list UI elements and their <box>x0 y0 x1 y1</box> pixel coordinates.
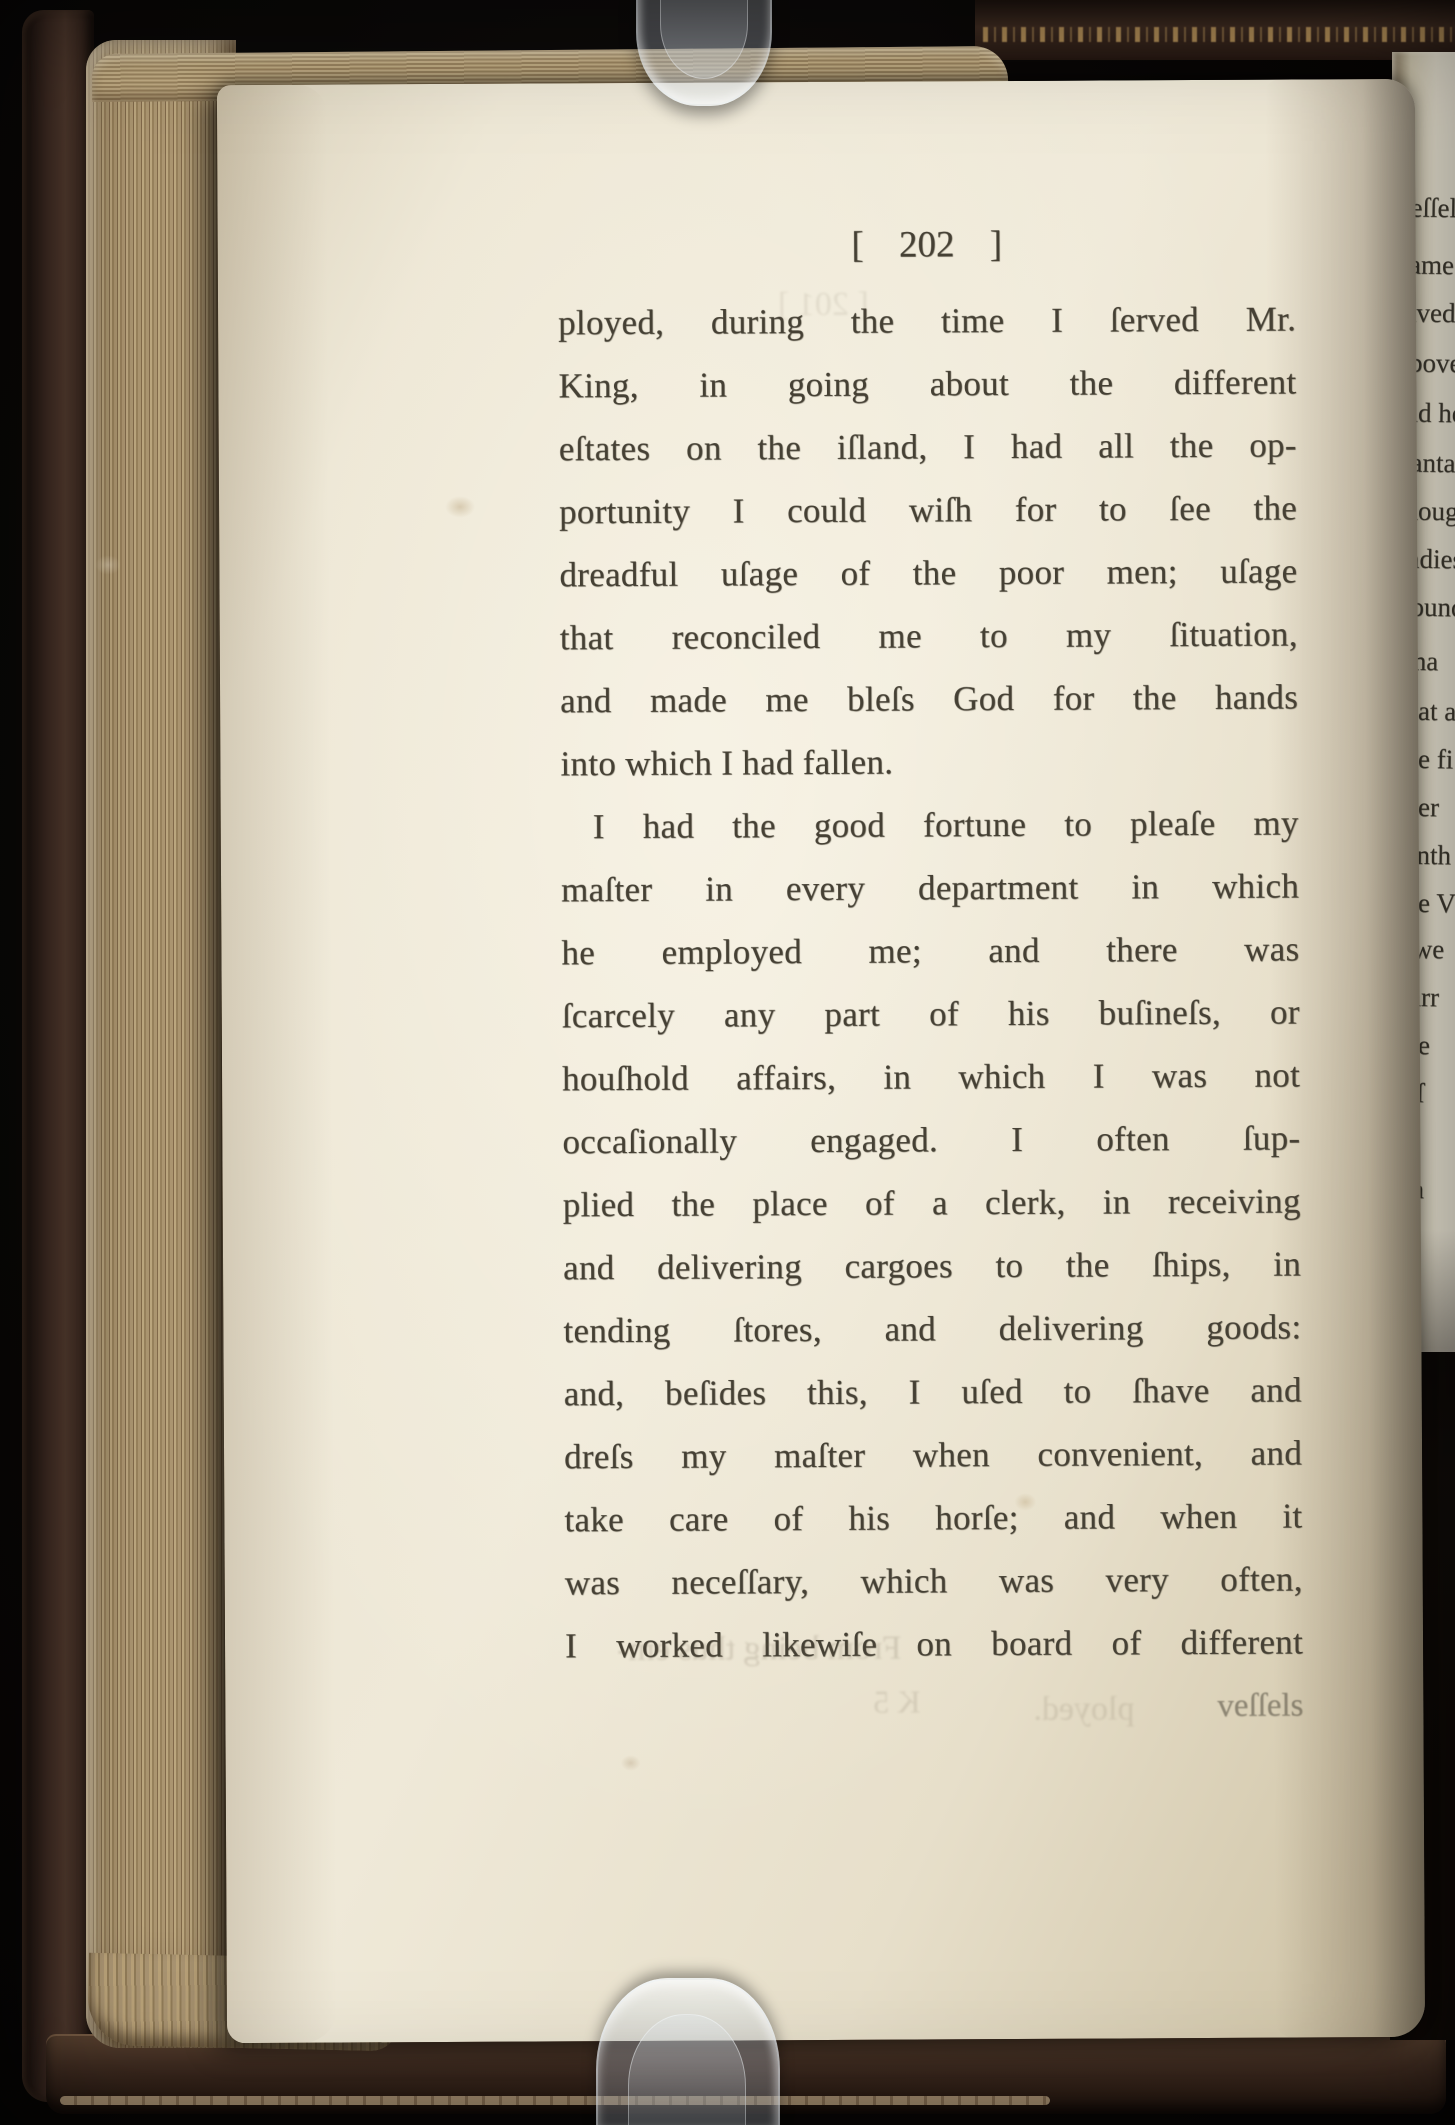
text-line: King, in going about the different <box>558 351 1296 418</box>
text-line: and made me bleſs God for the hands <box>560 665 1298 732</box>
text-line: was neceſſary, which was very often, <box>565 1547 1303 1614</box>
page-number: [ 202 ] <box>558 222 1296 280</box>
bleedthrough-text: K 5 <box>873 1683 920 1720</box>
gold-tooling-band <box>983 27 1455 42</box>
bleedthrough-text: From being thus em- <box>617 1630 901 1669</box>
text-line: plied the place of a clerk, in receiving <box>563 1169 1301 1236</box>
text-line: maſter in every department in which <box>561 854 1299 921</box>
cover-stitching <box>60 2096 1050 2105</box>
bleedthrough-text: [ 201 ] <box>778 286 869 324</box>
page-fore-edges <box>86 40 236 2048</box>
text-line: that reconciled me to my ſituation, <box>560 602 1298 669</box>
text-line: ſcarcely any part of his buſineſs, or <box>562 980 1300 1047</box>
text-line: eſtates on the iſland, I had all the op- <box>559 414 1297 481</box>
text-line: take care of his horſe; and when it <box>564 1484 1302 1551</box>
text-line: and, beſides this, I uſed to ſhave and <box>564 1358 1302 1425</box>
text-line: and delivering cargoes to the ſhips, in <box>563 1232 1301 1299</box>
text-line: houſhold affairs, in which I was not <box>562 1043 1300 1110</box>
left-page: [ 202 ] ployed, during the time I ſerved… <box>217 79 1425 2043</box>
text-line: into which I had fallen. <box>560 728 1298 795</box>
paper-stain <box>445 496 475 518</box>
text-line: he employed me; and there was <box>561 917 1299 984</box>
text-line: ployed, during the time I ſerved Mr. <box>558 288 1296 355</box>
text-line: occaſionally engaged. I often ſup- <box>562 1106 1300 1173</box>
text-line: dreſs my maſter when convenient, and <box>564 1421 1302 1488</box>
text-line: I had the good fortune to pleaſe my <box>561 791 1299 858</box>
text-line: dreadful uſage of the poor men; uſage <box>559 539 1297 606</box>
open-book-photo: veſſels ocame veſaved hiabove adid he ſv… <box>0 0 1455 2125</box>
paper-stain <box>621 1755 641 1771</box>
book-cover-top-edge <box>975 0 1455 60</box>
page-text-block: ployed, during the time I ſerved Mr.King… <box>558 288 1303 1678</box>
text-line: tending ſtores, and delivering goods: <box>563 1295 1301 1362</box>
book-cover-left-edge <box>22 10 94 2102</box>
catchword: veſſels <box>565 1675 1303 1739</box>
text-line: portunity I could wiſh for to ſee the <box>559 476 1297 543</box>
bleedthrough-text: ployed. <box>1033 1690 1134 1729</box>
